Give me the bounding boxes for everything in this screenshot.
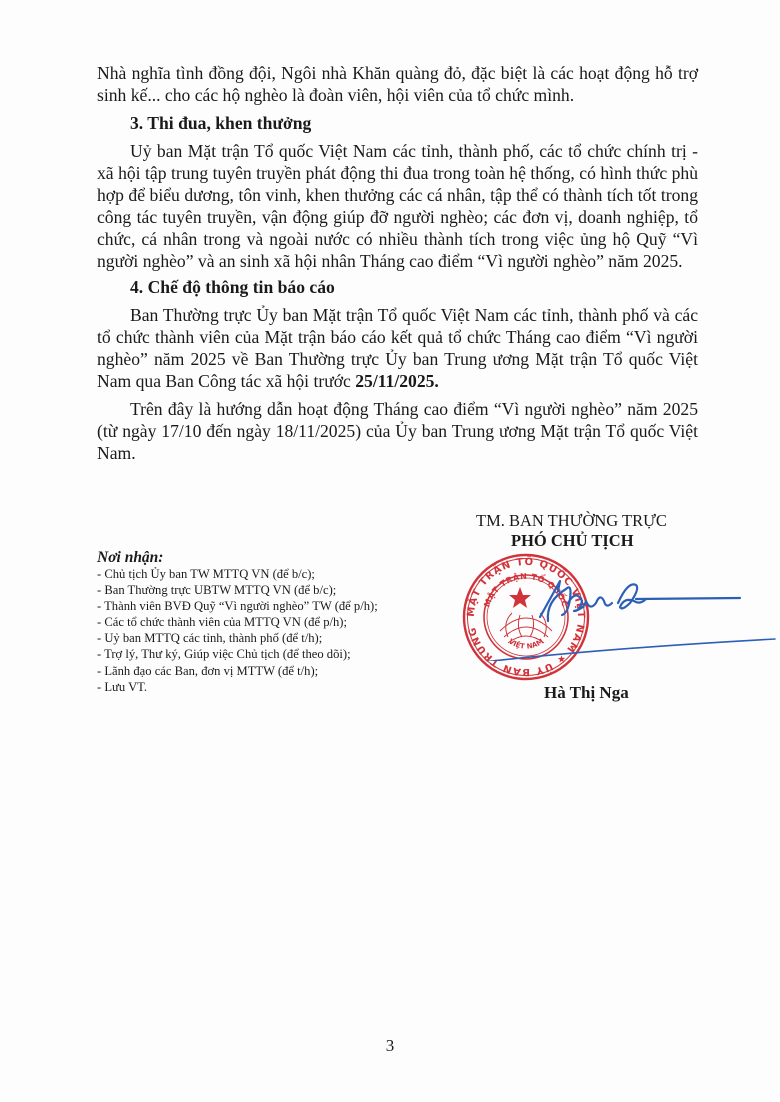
handwritten-signature-icon [440, 551, 780, 661]
recipient-item: - Ban Thường trực UBTW MTTQ VN (để b/c); [97, 582, 437, 598]
closing-paragraph: Trên đây là hướng dẫn hoạt động Tháng ca… [97, 398, 698, 464]
recipient-item: - Lãnh đạo các Ban, đơn vị MTTW (để t/h)… [97, 663, 437, 679]
section-3-text: Uỷ ban Mặt trận Tổ quốc Việt Nam các tỉn… [97, 140, 698, 272]
section-4-heading: 4. Chế độ thông tin báo cáo [97, 276, 698, 298]
recipient-item: - Chủ tịch Ủy ban TW MTTQ VN (để b/c); [97, 566, 437, 582]
recipients-block: Nơi nhận: - Chủ tịch Ủy ban TW MTTQ VN (… [97, 549, 437, 695]
signer-organization: TM. BAN THƯỜNG TRỰC [476, 511, 667, 531]
signer-name: Hà Thị Nga [544, 683, 629, 703]
recipient-item: - Lưu VT. [97, 679, 437, 695]
signer-role: PHÓ CHỦ TỊCH [511, 531, 634, 551]
document-page: Nhà nghĩa tình đồng đội, Ngôi nhà Khăn q… [0, 0, 780, 1102]
section-4-text: Ban Thường trực Ủy ban Mặt trận Tổ quốc … [97, 304, 698, 392]
recipients-list: - Chủ tịch Ủy ban TW MTTQ VN (để b/c); -… [97, 566, 437, 695]
recipients-title: Nơi nhận: [97, 549, 437, 566]
report-deadline: 25/11/2025. [355, 371, 439, 391]
paragraph-continuation: Nhà nghĩa tình đồng đội, Ngôi nhà Khăn q… [97, 62, 698, 106]
recipient-item: - Các tổ chức thành viên của MTTQ VN (để… [97, 614, 437, 630]
section-3-heading: 3. Thi đua, khen thưởng [97, 112, 698, 134]
recipient-item: - Uỷ ban MTTQ các tỉnh, thành phố (để t/… [97, 630, 437, 646]
recipient-item: - Trợ lý, Thư ký, Giúp việc Chủ tịch (để… [97, 646, 437, 662]
recipient-item: - Thành viên BVĐ Quỹ “Vì người nghèo” TW… [97, 598, 437, 614]
document-body: Nhà nghĩa tình đồng đội, Ngôi nhà Khăn q… [97, 62, 698, 464]
page-number: 3 [0, 1036, 780, 1056]
